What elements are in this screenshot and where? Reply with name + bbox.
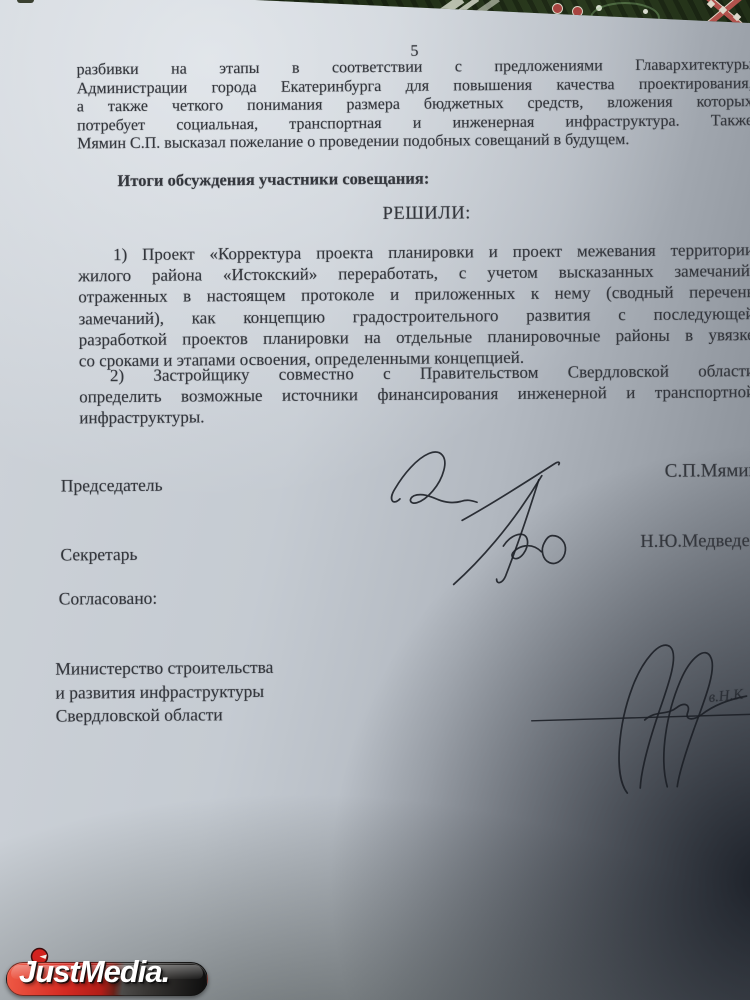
ministry-signature bbox=[663, 653, 713, 787]
continuation-paragraph: разбивки на этапы в соответствии с предл… bbox=[77, 56, 750, 154]
approved-label: Согласовано: bbox=[59, 588, 158, 610]
ministry-block: Министерство строительства и развития ин… bbox=[55, 656, 274, 728]
results-heading: Итоги обсуждения участники совещания: bbox=[77, 166, 750, 191]
secretary-signature bbox=[542, 536, 565, 564]
secretary-signature bbox=[503, 534, 541, 559]
decision-item-1: 1) Проект «Корректура проекта планировки… bbox=[78, 239, 750, 372]
chairman-signature bbox=[391, 452, 477, 504]
decided-title: РЕШИЛИ: bbox=[78, 201, 750, 227]
cloth-dot-ornament bbox=[643, 9, 648, 14]
approval-line bbox=[532, 714, 750, 721]
chairman-name: С.П.Мямин bbox=[665, 460, 750, 483]
text-line: инфраструктуры. bbox=[79, 402, 750, 429]
chairman-signature-stroke bbox=[462, 462, 560, 520]
secretary-signature bbox=[453, 476, 543, 585]
ministry-line: и развития инфраструктуры bbox=[55, 679, 273, 704]
chairman-label: Председатель bbox=[61, 475, 163, 497]
ministry-line: Свердловской области bbox=[56, 703, 274, 728]
ministry-signature bbox=[618, 645, 674, 793]
protocol-page: 5 разбивки на этапы в соответствии с пре… bbox=[0, 0, 750, 1000]
ministry-line: Министерство строительства bbox=[55, 656, 273, 681]
decision-item-2: 2) Застройщику совместно с Правительство… bbox=[79, 360, 750, 429]
paper-edge-speck bbox=[17, 0, 34, 3]
justmedia-logo: JustMedia. bbox=[6, 947, 216, 1000]
secretary-name: Н.Ю.Медведев bbox=[640, 531, 750, 553]
secretary-signature bbox=[496, 480, 540, 583]
cloth-dot-ornament bbox=[552, 3, 563, 14]
text-line: Мямин С.П. высказал пожелание о проведен… bbox=[77, 130, 750, 154]
handwritten-initials: в.Н.К bbox=[708, 687, 744, 707]
justmedia-brand-text: JustMedia. bbox=[19, 955, 169, 989]
secretary-label: Секретарь bbox=[60, 544, 137, 566]
